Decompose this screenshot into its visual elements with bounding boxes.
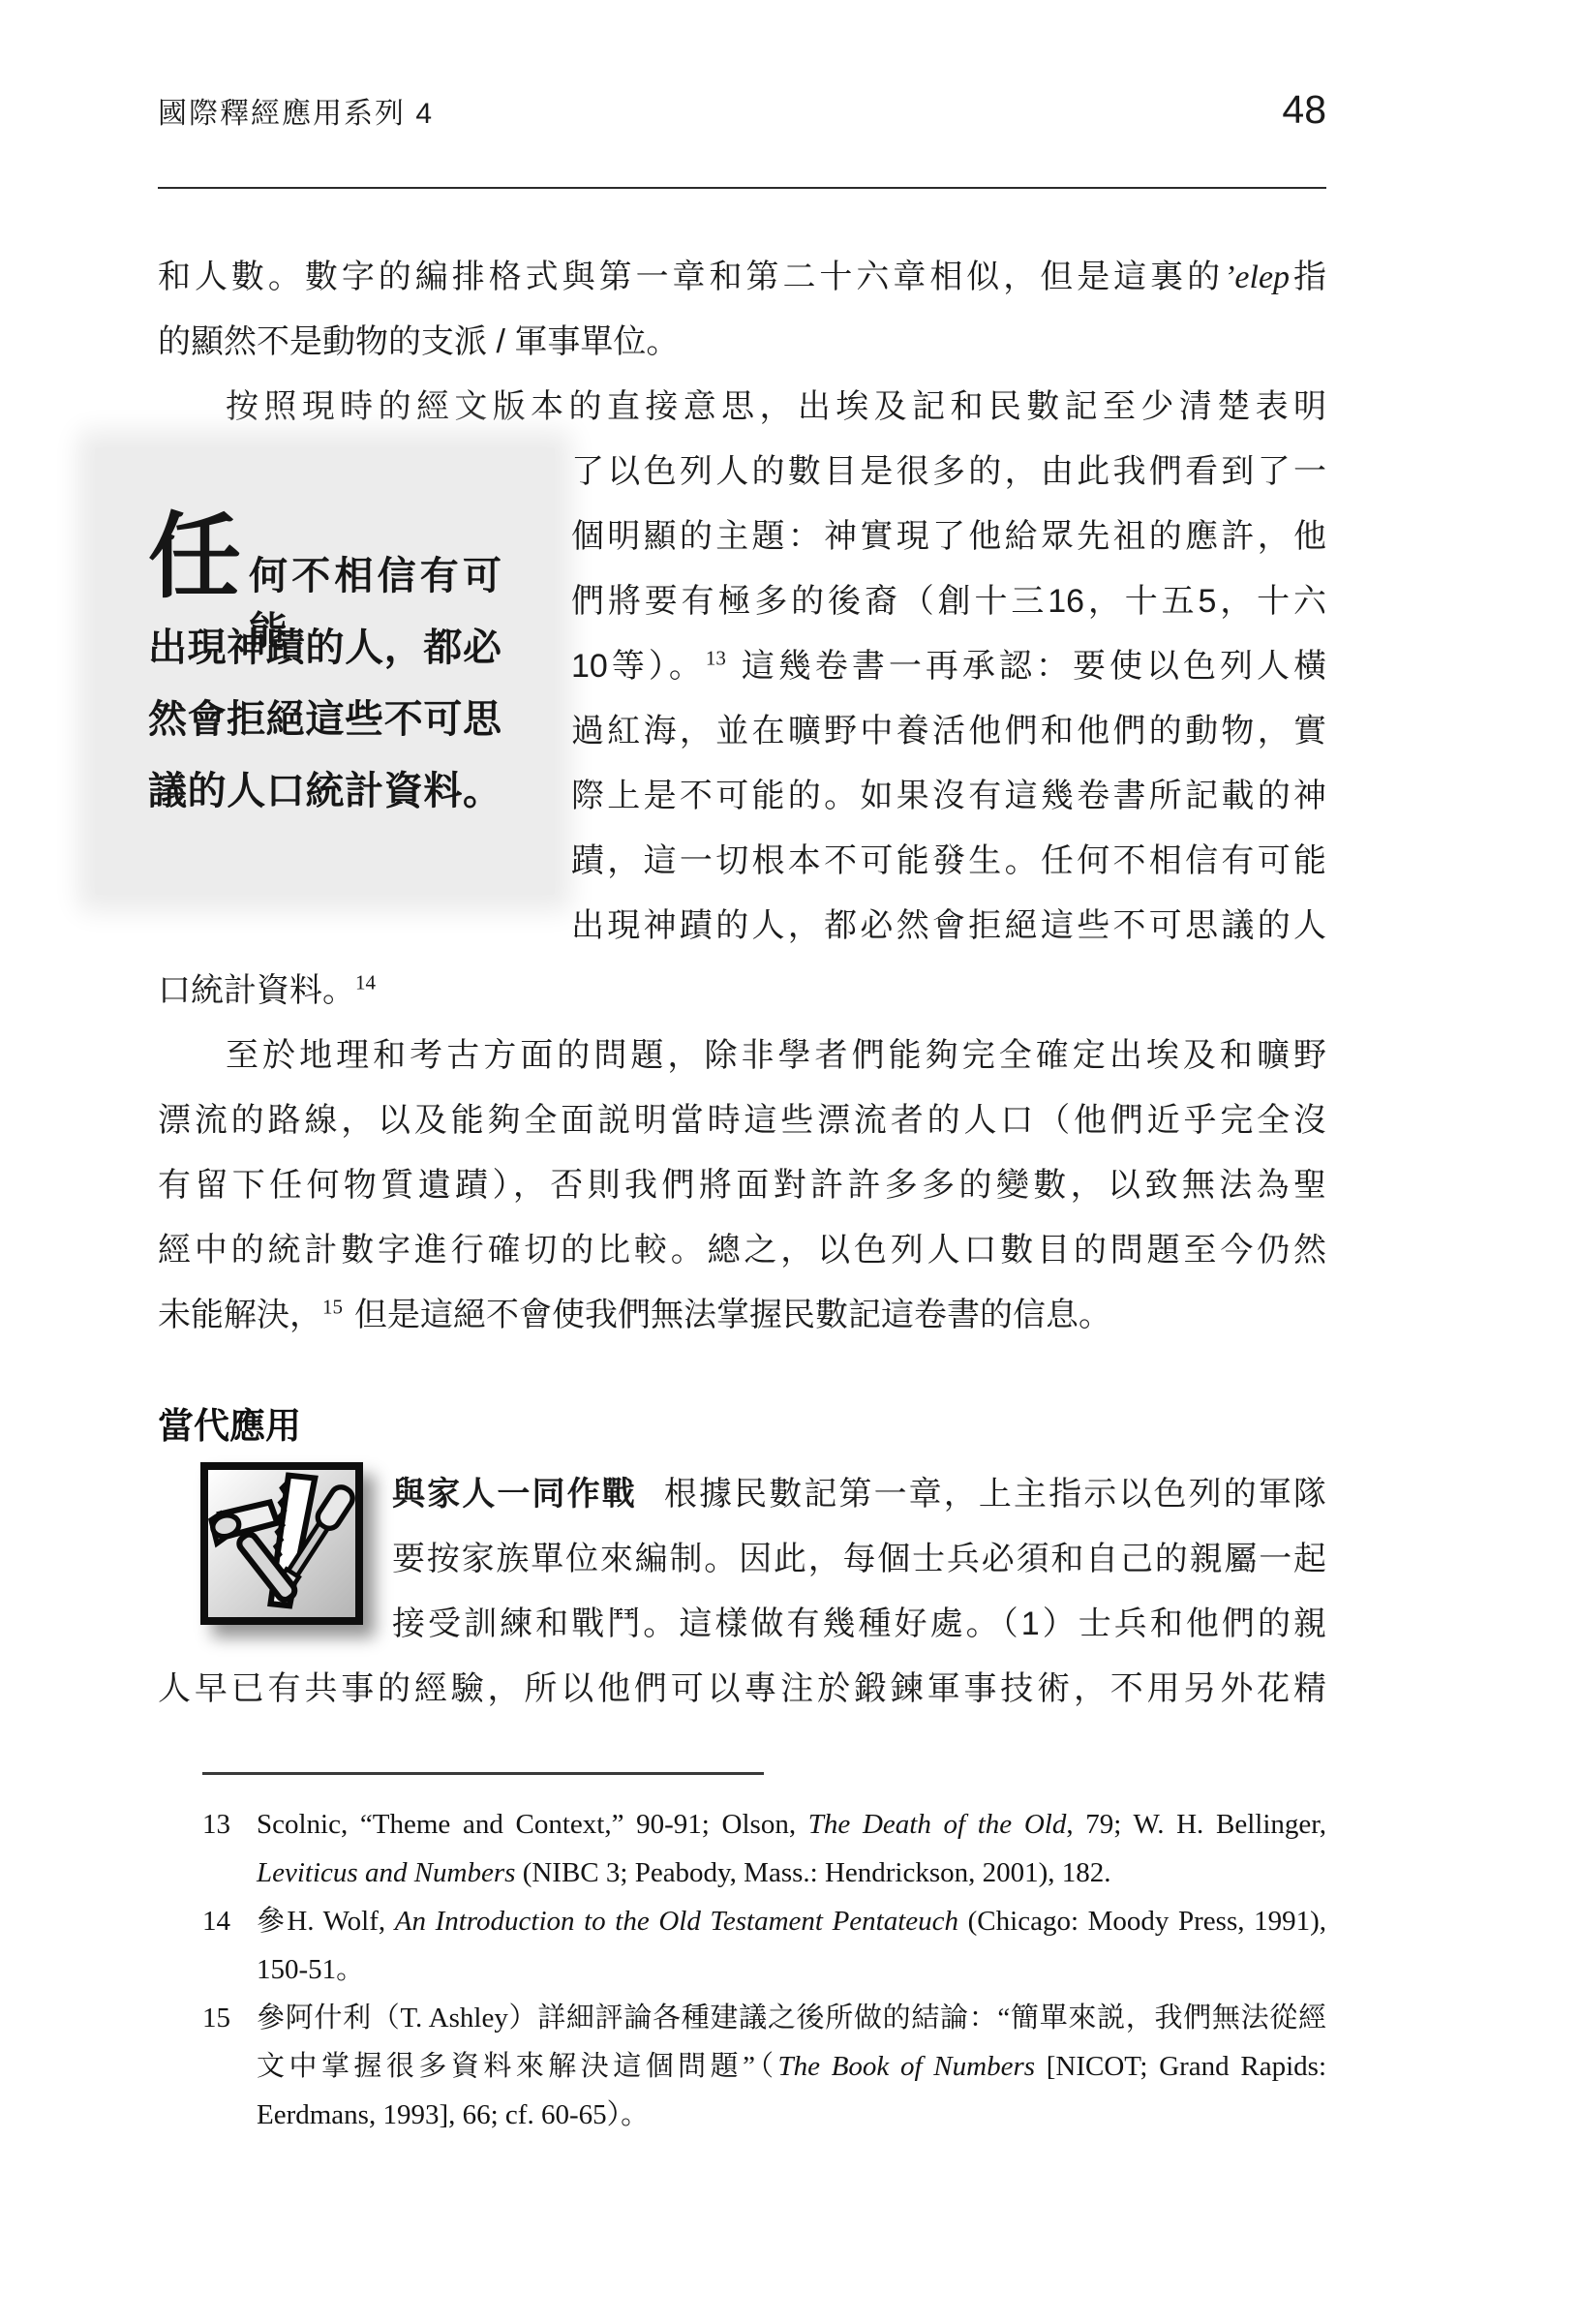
text-line: 口統計資料。14 bbox=[158, 959, 1326, 1024]
book-title: An Introduction to the Old Testament Pen… bbox=[395, 1906, 958, 1937]
text-run: 參H. Wolf, bbox=[257, 1906, 395, 1937]
tools-icon bbox=[200, 1462, 363, 1625]
text-line: 漂流的路線，以及能夠全面説明當時這些漂流者的人口（他們近乎完全沒 bbox=[158, 1088, 1326, 1153]
pull-quote-text: 出現神蹟的人，都必 bbox=[148, 612, 501, 684]
body-paragraph-1: 和人數。數字的編排格式與第一章和第二十六章相似，但是這裏的’elep指 的顯然不… bbox=[158, 245, 1326, 375]
footnote-number: 15 bbox=[202, 1994, 257, 2139]
text-run: 根據民數記第一章，上主指示以色列的軍隊 bbox=[664, 1476, 1326, 1513]
text-run: 這幾卷書一再承認：要使以色列人橫 bbox=[738, 648, 1326, 685]
text-run: 口統計資料。 bbox=[158, 972, 355, 1009]
text-line: 至於地理和考古方面的問題，除非學者們能夠完全確定出埃及和曠野 bbox=[158, 1024, 1326, 1088]
text-line: 接受訓練和戰鬥。這樣做有幾種好處。（1）士兵和他們的親 bbox=[392, 1592, 1326, 1657]
footnote-separator bbox=[202, 1772, 764, 1775]
quote-row: 任 何不相信有可能 出現神蹟的人，都必 然會拒絕這些不可思 議的人口統計資料。 … bbox=[158, 440, 1326, 959]
footnote-ref-15: 15 bbox=[322, 1296, 343, 1319]
footnote-ref-14: 14 bbox=[355, 971, 376, 994]
application-title: 與家人一同作戰 bbox=[392, 1476, 637, 1513]
body-paragraph-3: 至於地理和考古方面的問題，除非學者們能夠完全確定出埃及和曠野 漂流的路線，以及能… bbox=[158, 1024, 1326, 1348]
footnote-13: 13 Scolnic, “Theme and Context,” 90-91; … bbox=[202, 1800, 1326, 1897]
text-line: 了以色列人的數目是很多的，由此我們看到了一 bbox=[571, 440, 1326, 505]
wrapped-text-column: 了以色列人的數目是很多的，由此我們看到了一 個明顯的主題：神實現了他給眾先祖的應… bbox=[571, 440, 1326, 959]
pull-quote-dropcap: 任 bbox=[148, 511, 241, 604]
footnote-text: Scolnic, “Theme and Context,” 90-91; Ols… bbox=[257, 1800, 1326, 1897]
book-title: Leviticus and Numbers bbox=[257, 1857, 515, 1888]
text-run: 10等）。 bbox=[571, 648, 706, 685]
page-header: 國際釋經應用系列 4 48 bbox=[158, 87, 1326, 189]
text-line: 個明顯的主題：神實現了他給眾先祖的應許，他 bbox=[571, 505, 1326, 569]
text-run: Scolnic, “Theme and Context,” 90-91; Ols… bbox=[257, 1809, 808, 1840]
text-line: 過紅海，並在曠野中養活他們和他們的動物，實 bbox=[571, 699, 1326, 764]
application-text: 與家人一同作戰根據民數記第一章，上主指示以色列的軍隊 要按家族單位來編制。因此，… bbox=[392, 1462, 1326, 1657]
footnote-ref-13: 13 bbox=[706, 647, 726, 670]
series-title: 國際釋經應用系列 4 bbox=[158, 89, 434, 132]
text-line: 人早已有共事的經驗，所以他們可以專注於鍛鍊軍事技術，不用另外花精 bbox=[158, 1657, 1326, 1722]
text-line: 出現神蹟的人，都必然會拒絕這些不可思議的人 bbox=[571, 894, 1326, 959]
footnote-15: 15 參阿什利（T. Ashley）詳細評論各種建議之後所做的結論：“簡單來説，… bbox=[202, 1994, 1326, 2139]
text-run: , 79; W. H. Bellinger, bbox=[1066, 1809, 1326, 1840]
text-line: 蹟，這一切根本不可能發生。任何不相信有可能 bbox=[571, 829, 1326, 894]
text-run: (NIBC 3; Peabody, Mass.: Hendrickson, 20… bbox=[515, 1857, 1110, 1888]
text-line: 們將要有極多的後裔（創十三16，十五5，十六 bbox=[571, 569, 1326, 634]
text-line: 與家人一同作戰根據民數記第一章，上主指示以色列的軍隊 bbox=[392, 1462, 1326, 1527]
pull-quote-first-line: 任 何不相信有可能 bbox=[148, 511, 501, 612]
application-block: 與家人一同作戰根據民數記第一章，上主指示以色列的軍隊 要按家族單位來編制。因此，… bbox=[158, 1462, 1326, 1657]
page-number: 48 bbox=[1282, 87, 1326, 133]
text-run: 但是這絕不會使我們無法掌握民數記這卷書的信息。 bbox=[354, 1297, 1111, 1333]
text-run: 指 bbox=[1290, 259, 1326, 295]
text-line: 經中的統計數字進行確切的比較。總之，以色列人口數目的問題至今仍然 bbox=[158, 1218, 1326, 1283]
text-line: 要按家族單位來編制。因此，每個士兵必須和自己的親屬一起 bbox=[392, 1527, 1326, 1592]
text-line: 的顯然不是動物的支派 / 軍事單位。 bbox=[158, 310, 1326, 375]
footnote-text: 參H. Wolf, An Introduction to the Old Tes… bbox=[257, 1897, 1326, 1994]
text-line: 和人數。數字的編排格式與第一章和第二十六章相似，但是這裏的’elep指 bbox=[158, 245, 1326, 310]
text-line: 按照現時的經文版本的直接意思，出埃及記和民數記至少清楚表明 bbox=[158, 375, 1326, 440]
book-title: The Book of Numbers bbox=[777, 2051, 1035, 2082]
pull-quote-text: 然會拒絕這些不可思 bbox=[148, 684, 501, 755]
text-run: 和人數。數字的編排格式與第一章和第二十六章相似，但是這裏的 bbox=[158, 259, 1224, 295]
footnote-text: 參阿什利（T. Ashley）詳細評論各種建議之後所做的結論：“簡單來説，我們無… bbox=[257, 1994, 1326, 2139]
book-title: The Death of the Old bbox=[808, 1809, 1067, 1840]
footnote-14: 14 參H. Wolf, An Introduction to the Old … bbox=[202, 1897, 1326, 1994]
transliteration-term: ’elep bbox=[1224, 260, 1290, 295]
text-run: 未能解決， bbox=[158, 1297, 322, 1333]
footnote-number: 14 bbox=[202, 1897, 257, 1994]
pull-quote-text: 議的人口統計資料。 bbox=[148, 755, 501, 827]
text-line: 際上是不可能的。如果沒有這幾卷書所記載的神 bbox=[571, 764, 1326, 829]
body-text: 和人數。數字的編排格式與第一章和第二十六章相似，但是這裏的’elep指 的顯然不… bbox=[158, 245, 1326, 2139]
book-page: 國際釋經應用系列 4 48 和人數。數字的編排格式與第一章和第二十六章相似，但是… bbox=[0, 0, 1580, 2324]
pull-quote-box: 任 何不相信有可能 出現神蹟的人，都必 然會拒絕這些不可思 議的人口統計資料。 bbox=[95, 447, 555, 895]
text-line: 10等）。13這幾卷書一再承認：要使以色列人橫 bbox=[571, 634, 1326, 699]
footnote-number: 13 bbox=[202, 1800, 257, 1897]
text-line: 未能解決，15但是這絕不會使我們無法掌握民數記這卷書的信息。 bbox=[158, 1283, 1326, 1348]
footnotes: 13 Scolnic, “Theme and Context,” 90-91; … bbox=[158, 1800, 1326, 2139]
section-heading: 當代應用 bbox=[158, 1396, 1326, 1452]
text-line: 有留下任何物質遺蹟），否則我們將面對許許多多的變數，以致無法為聖 bbox=[158, 1153, 1326, 1218]
